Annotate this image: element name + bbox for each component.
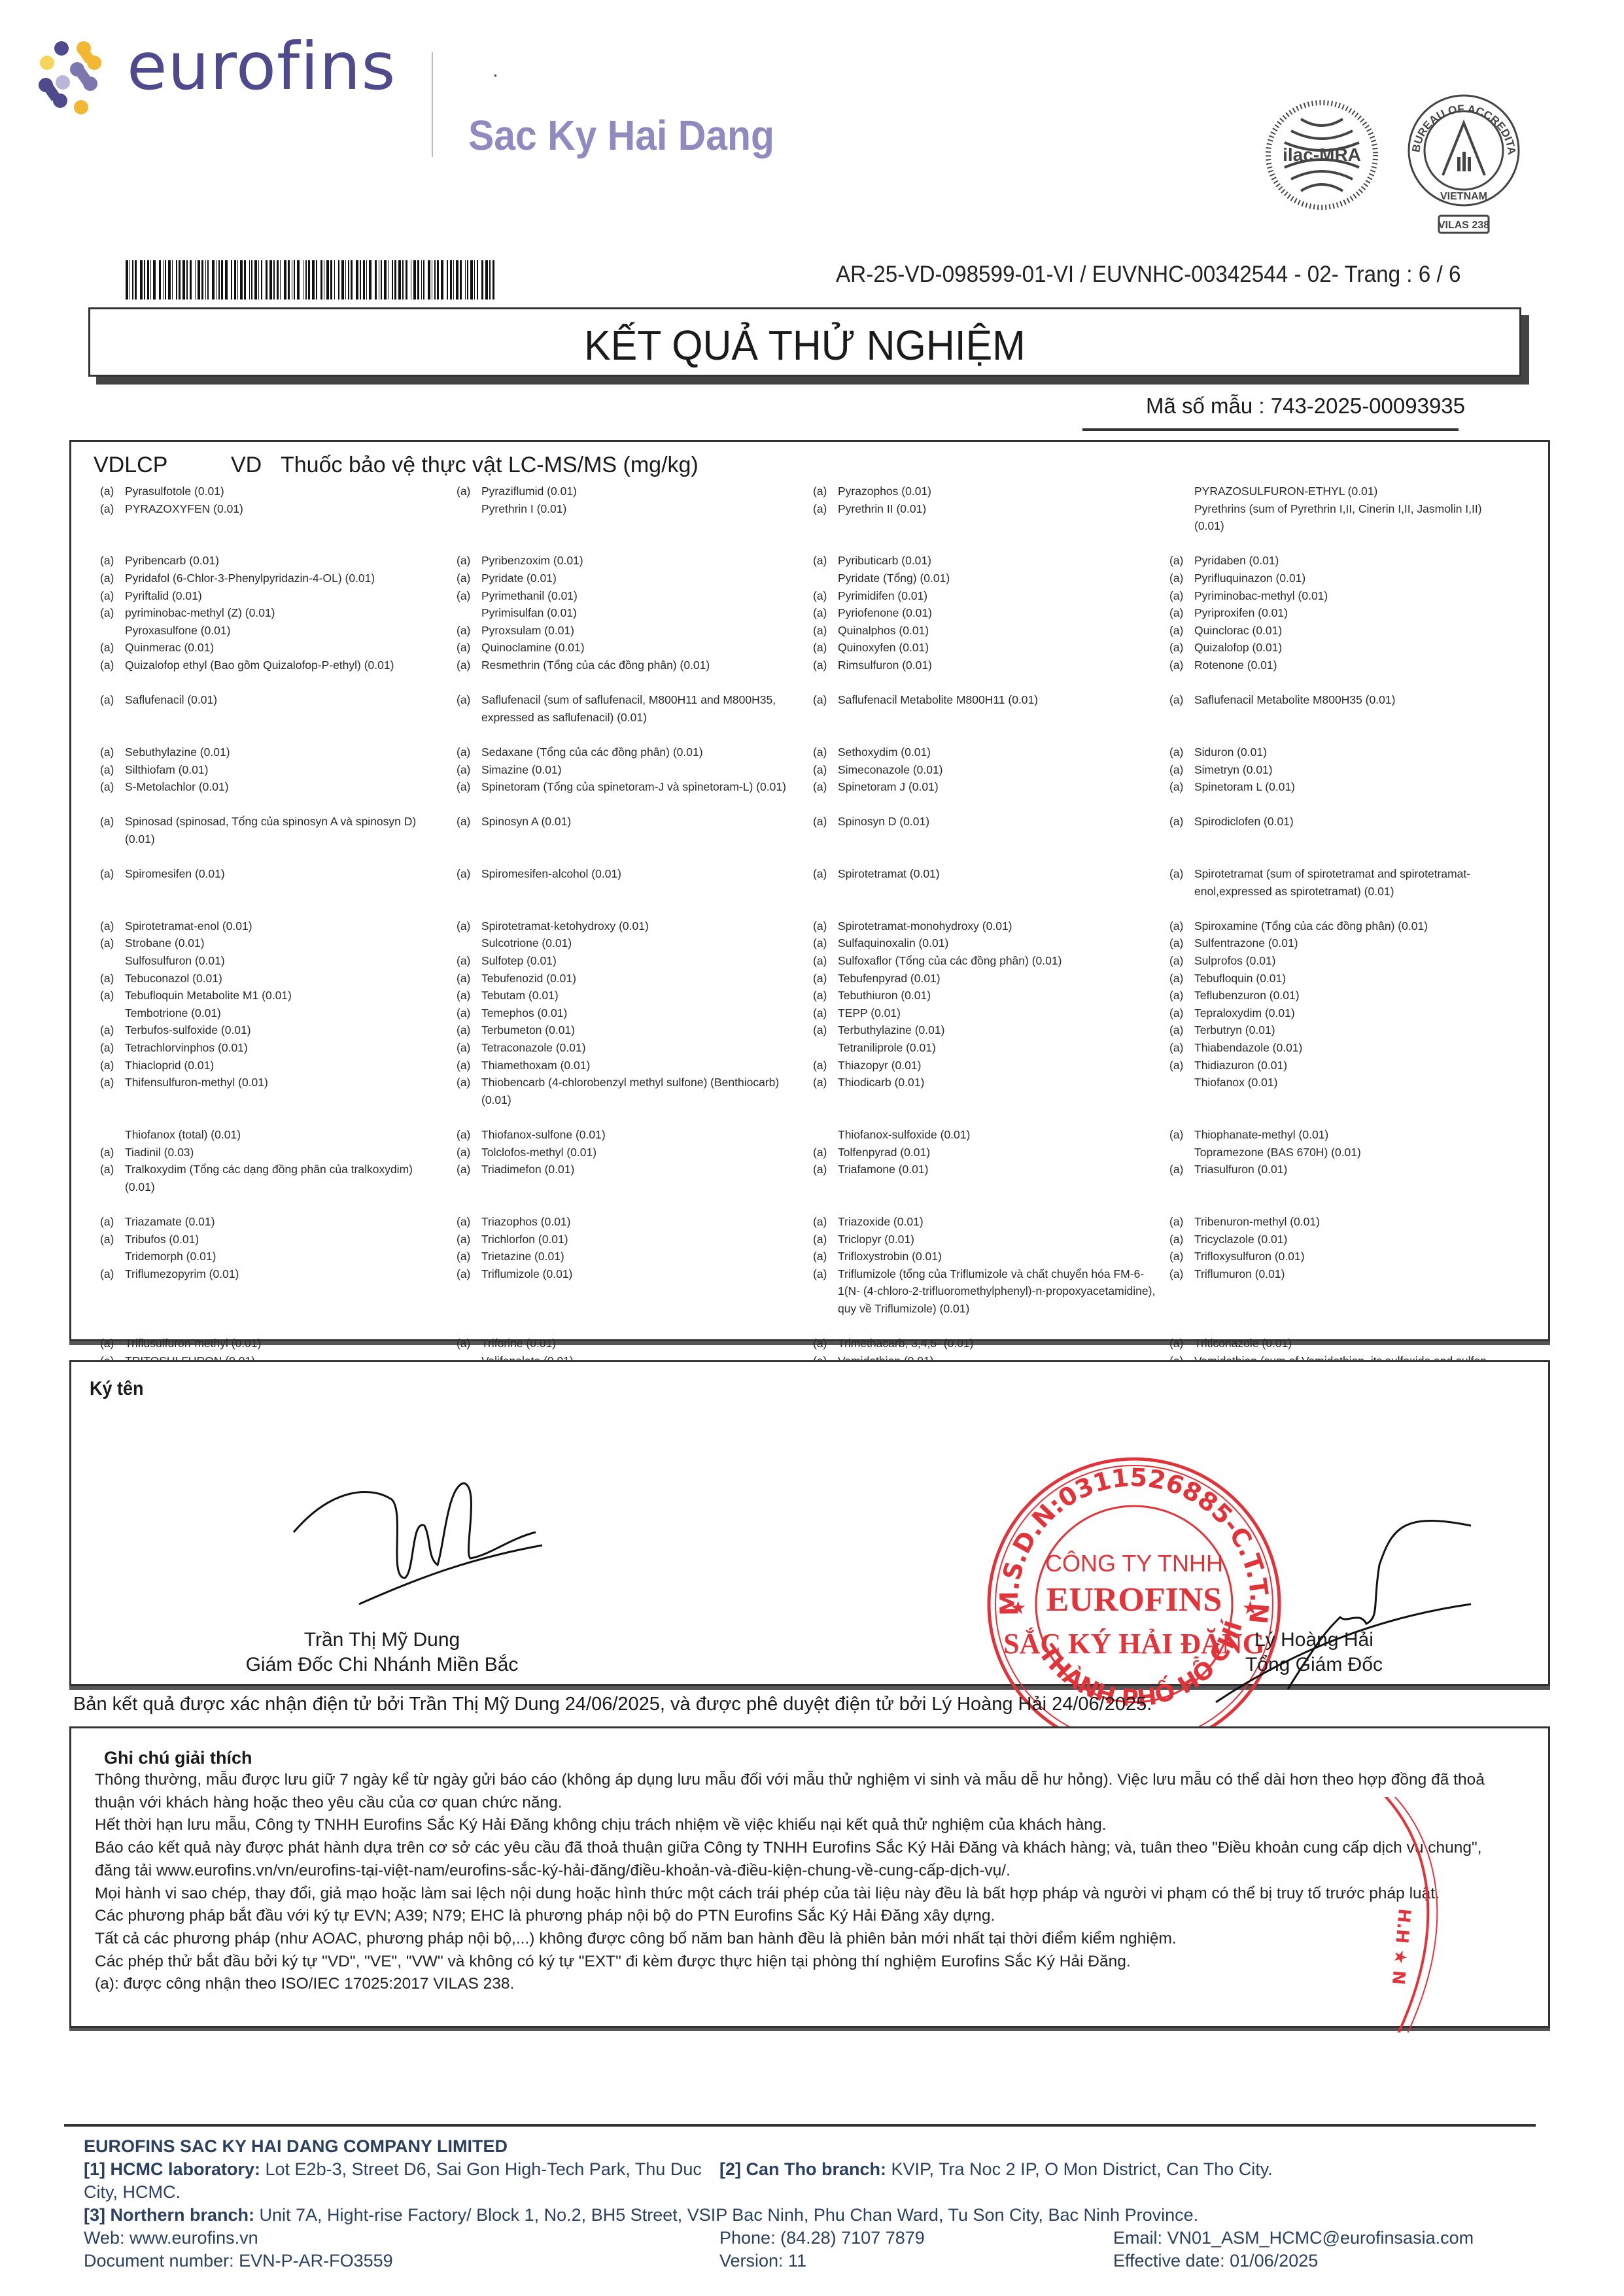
analyte-entry: (a)Spinosyn A (0.01) (457, 813, 800, 831)
accreditation-mark: (a) (100, 570, 125, 587)
accreditation-mark: (a) (1169, 1265, 1194, 1283)
analyte-name: Tribenuron-methyl (0.01) (1194, 1213, 1513, 1231)
accreditation-mark: (a) (100, 1335, 125, 1352)
analyte-entry: (a)Resmethrin (Tổng của các đồng phân) (… (457, 657, 800, 674)
analyte-entry: (a)Spirotetramat-monohydroxy (0.01) (813, 917, 1156, 935)
analyte-name: Saflufenacil Metabolite M800H11 (0.01) (838, 691, 1156, 709)
analyte-name: TEPP (0.01) (838, 1004, 1156, 1022)
analyte-name: Tribufos (0.01) (125, 1231, 443, 1248)
analyte-name: Spinosyn A (0.01) (481, 813, 800, 831)
analyte-name: Strobane (0.01) (125, 934, 443, 952)
analyte-entry: (a)Pyrimethanil (0.01) (457, 587, 800, 605)
result-column-2: (a)Pyraziflumid (0.01)Pyrethrin I (0.01) (457, 483, 813, 535)
analyte-entry: Tembotrione (0.01) (100, 1004, 443, 1022)
analyte-entry: (a)Siduron (0.01) (1169, 744, 1513, 761)
analyte-entry: (a)Pyriminobac-methyl (0.01) (1169, 587, 1513, 605)
analyte-entry: (a)Triadimefon (0.01) (457, 1161, 800, 1178)
analyte-name: Quinalphos (0.01) (838, 622, 1156, 640)
analyte-entry: (a)Tricyclazole (0.01) (1169, 1231, 1513, 1248)
analyte-entry: (a)Spiroxamine (Tổng của các đồng phân) … (1169, 917, 1513, 935)
analyte-entry: (a)TEPP (0.01) (813, 1004, 1156, 1022)
analyte-entry: (a)Quinclorac (0.01) (1169, 622, 1513, 640)
accreditation-mark: (a) (813, 1161, 838, 1178)
accreditation-mark: (a) (813, 1144, 838, 1161)
accreditation-mark: (a) (100, 691, 125, 709)
note-internal-methods: Các phương pháp bắt đầu với ký tự EVN; A… (95, 1905, 1509, 1928)
analyte-entry: (a)Sulfaquinoxalin (0.01) (813, 934, 1156, 952)
analyte-name: Pyribencarb (0.01) (125, 552, 443, 570)
accreditation-mark: (a) (100, 639, 125, 657)
analyte-name: Spinetoram L (0.01) (1194, 778, 1513, 796)
accreditation-mark: (a) (813, 1248, 838, 1265)
accreditation-mark: (a) (813, 744, 838, 761)
accreditation-mark (100, 952, 125, 970)
accreditation-mark: (a) (813, 1231, 838, 1248)
analyte-entry: (a)Trietazine (0.01) (457, 1248, 800, 1265)
result-row-group: (a)Spirotetramat-enol (0.01)(a)Strobane … (100, 917, 1526, 1109)
results-table: VDLCPVDThuốc bảo vệ thực vật LC-MS/MS (m… (69, 440, 1550, 1341)
accreditation-mark: (a) (1169, 1231, 1194, 1248)
result-column-3: (a)Pyributicarb (0.01)Pyridate (Tổng) (0… (813, 552, 1169, 674)
accreditation-mark: (a) (457, 761, 481, 779)
analyte-name: Trietazine (0.01) (481, 1248, 800, 1265)
accreditation-mark: (a) (813, 552, 838, 570)
accreditation-mark: (a) (457, 1335, 481, 1352)
analyte-entry: (a)Pyrethrin II (0.01) (813, 500, 1156, 518)
analyte-name: Triclopyr (0.01) (838, 1231, 1156, 1248)
accreditation-mark: (a) (1169, 1004, 1194, 1022)
accreditation-mark: (a) (1169, 691, 1194, 709)
analyte-entry: (a)pyriminobac-methyl (Z) (0.01) (100, 604, 443, 622)
analyte-name: Thiofanox-sulfone (0.01) (481, 1126, 800, 1144)
analyte-name: Quinclorac (0.01) (1194, 622, 1513, 640)
analyte-entry: Pyrimisulfan (0.01) (457, 604, 800, 622)
analyte-name: Tebufloquin Metabolite M1 (0.01) (125, 987, 443, 1004)
note-accreditation: (a): được công nhận theo ISO/IEC 17025:2… (95, 1973, 1509, 1996)
analyte-entry: Sulfosulfuron (0.01) (100, 952, 443, 970)
analyte-name: Terbumeton (0.01) (481, 1021, 800, 1039)
result-column-1: (a)Pyrasulfotole (0.01)(a)PYRAZOXYFEN (0… (100, 483, 457, 535)
analyte-entry: (a)Sebuthylazine (0.01) (100, 744, 443, 761)
analyte-entry: (a)Pyrazophos (0.01) (813, 483, 1156, 500)
north-address: Unit 7A, Hight-rise Factory/ Block 1, No… (254, 2205, 1198, 2225)
accreditation-mark: (a) (1169, 639, 1194, 657)
note-lab-codes: Các phép thử bắt đầu bởi ký tự "VD", "VE… (95, 1951, 1509, 1974)
email-link[interactable]: Email: VN01_ASM_HCMC@eurofinsasia.com (1113, 2227, 1474, 2250)
accreditation-mark: (a) (1169, 657, 1194, 674)
accreditation-mark (813, 1039, 838, 1057)
analyte-name: Pyriproxifen (0.01) (1194, 604, 1513, 622)
analyte-name: Tebutam (0.01) (481, 987, 800, 1004)
analyte-name: Triazoxide (0.01) (838, 1213, 1156, 1231)
analyte-entry: (a)Terbutryn (0.01) (1169, 1021, 1513, 1039)
analyte-name: Spinosyn D (0.01) (838, 813, 1156, 831)
analyte-name: Saflufenacil (sum of saflufenacil, M800H… (481, 691, 800, 726)
analyte-name: Triasulfuron (0.01) (1194, 1161, 1513, 1178)
analyte-name: Terbuthylazine (0.01) (838, 1021, 1156, 1039)
analyte-entry: (a)Pyroxsulam (0.01) (457, 622, 800, 640)
accreditation-mark: (a) (100, 1144, 125, 1161)
analyte-name: Spinetoram (Tổng của spinetoram-J và spi… (481, 778, 800, 796)
accreditation-mark: (a) (100, 483, 125, 500)
analyte-name: Tridemorph (0.01) (125, 1248, 443, 1265)
analyte-entry: (a)Sulfentrazone (0.01) (1169, 934, 1513, 952)
accreditation-mark: (a) (813, 987, 838, 1004)
analyte-entry: (a)Tebuthiuron (0.01) (813, 987, 1156, 1004)
analyte-name: Pyrethrins (sum of Pyrethrin I,II, Ciner… (1194, 500, 1513, 535)
accreditation-mark: (a) (100, 865, 125, 883)
accreditation-mark: (a) (457, 552, 481, 570)
analyte-name: Trifloxysulfuron (0.01) (1194, 1248, 1513, 1265)
result-column-2: (a)Spiromesifen-alcohol (0.01) (457, 865, 813, 900)
test-header: VDLCPVDThuốc bảo vệ thực vật LC-MS/MS (m… (94, 453, 699, 478)
accreditation-mark: (a) (1169, 970, 1194, 987)
accreditation-mark: (a) (100, 1231, 125, 1248)
accreditation-mark (813, 1126, 838, 1144)
analyte-name: Sethoxydim (0.01) (838, 744, 1156, 761)
analyte-name: Pyrethrin II (0.01) (838, 500, 1156, 518)
accreditation-mark (1169, 1074, 1194, 1091)
analyte-name: Sulfotep (0.01) (481, 952, 800, 970)
analyte-entry: (a)Spirotetramat-ketohydroxy (0.01) (457, 917, 800, 935)
analyte-entry: (a)Sulfoxaflor (Tổng của các đồng phân) … (813, 952, 1156, 970)
analyte-entry: (a)Quinoxyfen (0.01) (813, 639, 1156, 657)
analyte-name: Pyroxsulam (0.01) (481, 622, 800, 640)
subbrand-name: Sac Ky Hai Dang (468, 111, 774, 160)
signature-1-icon (274, 1447, 653, 1617)
analyte-name: Tralkoxydim (Tổng các dạng đồng phân của… (125, 1161, 443, 1195)
svg-text:ilac-MRA: ilac-MRA (1283, 145, 1361, 165)
accreditation-mark: (a) (813, 1213, 838, 1231)
analyte-entry: (a)Teflubenzuron (0.01) (1169, 987, 1513, 1004)
note-terms: Báo cáo kết quả này được phát hành dựa t… (95, 1837, 1509, 1882)
analyte-name: Spinetoram J (0.01) (838, 778, 1156, 796)
analyte-entry: (a)Simeconazole (0.01) (813, 761, 1156, 779)
analyte-entry: (a)Spiromesifen (0.01) (100, 865, 443, 883)
analyte-entry: (a)Tetraconazole (0.01) (457, 1039, 800, 1057)
analyte-name: Pyrifluquinazon (0.01) (1194, 570, 1513, 587)
accreditation-mark: (a) (813, 604, 838, 622)
analyte-entry: (a)Tolclofos-methyl (0.01) (457, 1144, 800, 1161)
analyte-name: Thiacloprid (0.01) (125, 1057, 443, 1074)
result-column-1: (a)Spiromesifen (0.01) (100, 865, 457, 900)
analyte-entry: (a)Thiamethoxam (0.01) (457, 1057, 800, 1074)
analyte-name: Simetryn (0.01) (1194, 761, 1513, 779)
accreditation-mark (100, 1004, 125, 1022)
accreditation-mark: (a) (813, 483, 838, 500)
analyte-name: Sulfosulfuron (0.01) (125, 952, 443, 970)
accreditation-mark: (a) (1169, 587, 1194, 605)
accreditation-mark: (a) (813, 622, 838, 640)
result-column-2: (a)Spinosyn A (0.01) (457, 813, 813, 848)
accreditation-mark: (a) (100, 917, 125, 935)
analyte-name: Tricyclazole (0.01) (1194, 1231, 1513, 1248)
result-column-4: (a)Thiophanate-methyl (0.01)Topramezone … (1169, 1126, 1526, 1195)
analyte-name: Silthiofam (0.01) (125, 761, 443, 779)
analyte-name: Pyrimisulfan (0.01) (481, 604, 800, 622)
analyte-name: Saflufenacil (0.01) (125, 691, 443, 709)
accreditation-mark (457, 934, 481, 952)
accreditation-mark: (a) (813, 1021, 838, 1039)
signature-box: Ký tên Trần Thị Mỹ Dung Giám Đốc Chi Nhá… (69, 1360, 1550, 1686)
accreditation-mark: (a) (457, 691, 481, 726)
effective-date: Effective date: 01/06/2025 (1113, 2250, 1318, 2272)
result-column-3: (a)Sethoxydim (0.01)(a)Simeconazole (0.0… (813, 744, 1169, 796)
result-row-group: Thiofanox (total) (0.01)(a)Tiadinil (0.0… (100, 1126, 1526, 1195)
accreditation-mark: (a) (457, 987, 481, 1004)
analyte-name: pyriminobac-methyl (Z) (0.01) (125, 604, 443, 622)
result-row-group: (a)Pyrasulfotole (0.01)(a)PYRAZOXYFEN (0… (100, 483, 1526, 535)
accreditation-mark: (a) (457, 639, 481, 657)
analyte-entry: (a)Triticonazole (0.01) (1169, 1335, 1513, 1352)
accreditation-mark: (a) (100, 778, 125, 796)
document-reference: AR-25-VD-098599-01-VI / EUVNHC-00342544 … (836, 262, 1460, 288)
result-column-2: (a)Thiofanox-sulfone (0.01)(a)Tolclofos-… (457, 1126, 813, 1195)
notes-title: Ghi chú giải thích (104, 1748, 252, 1768)
analyte-name: Tebufloquin (0.01) (1194, 970, 1513, 987)
analyte-entry: PYRAZOSULFURON-ETHYL (0.01) (1169, 483, 1513, 500)
accreditation-mark: (a) (813, 587, 838, 605)
accreditation-mark: (a) (813, 657, 838, 674)
result-column-2: (a)Saflufenacil (sum of saflufenacil, M8… (457, 691, 813, 726)
analyte-entry: (a)Terbuthylazine (0.01) (813, 1021, 1156, 1039)
analyte-entry: (a)Saflufenacil (sum of saflufenacil, M8… (457, 691, 800, 726)
accreditation-mark: (a) (1169, 1213, 1194, 1231)
note-liability: Hết thời hạn lưu mẫu, Công ty TNHH Eurof… (95, 1814, 1509, 1837)
accreditation-mark: (a) (100, 761, 125, 779)
analyte-name: Tolfenpyrad (0.01) (838, 1144, 1156, 1161)
analyte-entry: (a)Trifloxystrobin (0.01) (813, 1248, 1156, 1265)
analyte-entry: (a)Simazine (0.01) (457, 761, 800, 779)
analyte-name: Terbutryn (0.01) (1194, 1021, 1513, 1039)
north-label: [3] Northern branch: (84, 2205, 254, 2225)
analyte-name: Tembotrione (0.01) (125, 1004, 443, 1022)
result-row-group: (a)Pyribencarb (0.01)(a)Pyridafol (6-Chl… (100, 552, 1526, 674)
analyte-entry: (a)Spinetoram J (0.01) (813, 778, 1156, 796)
result-column-2: (a)Spirotetramat-ketohydroxy (0.01)Sulco… (457, 917, 813, 1109)
analyte-name: Trimethacarb, 3,4,5- (0.01) (838, 1335, 1156, 1352)
analyte-entry: (a)PYRAZOXYFEN (0.01) (100, 500, 443, 518)
analyte-name: Spirotetramat-ketohydroxy (0.01) (481, 917, 800, 935)
barcode (126, 260, 498, 300)
analyte-name: Pyridafol (6-Chlor-3-Phenylpyridazin-4-O… (125, 570, 443, 587)
analyte-name: PYRAZOXYFEN (0.01) (125, 500, 443, 518)
analyte-name: Triazophos (0.01) (481, 1213, 800, 1231)
analyte-entry: (a)Thidiazuron (0.01) (1169, 1057, 1513, 1074)
accreditation-mark: (a) (1169, 917, 1194, 935)
accreditation-mark: (a) (1169, 778, 1194, 796)
analyte-name: Pyrimidifen (0.01) (838, 587, 1156, 605)
analyte-entry: (a)Tebufloquin (0.01) (1169, 970, 1513, 987)
analyte-name: Terbufos-sulfoxide (0.01) (125, 1021, 443, 1039)
row-gap (100, 796, 1526, 814)
analyte-name: Simeconazole (0.01) (838, 761, 1156, 779)
result-column-4: (a)Spirodiclofen (0.01) (1169, 813, 1526, 848)
accreditation-mark: (a) (813, 1057, 838, 1074)
test-code: VDLCP (94, 453, 231, 478)
accreditation-mark: (a) (813, 500, 838, 518)
row-gap (100, 848, 1526, 865)
result-column-3: (a)Triazoxide (0.01)(a)Triclopyr (0.01)(… (813, 1213, 1169, 1318)
accreditation-mark: (a) (457, 1161, 481, 1178)
accreditation-mark: (a) (457, 970, 481, 987)
analyte-name: Pyrasulfotole (0.01) (125, 483, 443, 500)
analyte-name: Tolclofos-methyl (0.01) (481, 1144, 800, 1161)
notes-box: Ghi chú giải thích Thông thường, mẫu đượ… (69, 1726, 1550, 2028)
analyte-entry: (a)Spirotetramat (sum of spirotetramat a… (1169, 865, 1513, 900)
analyte-entry: Pyrethrin I (0.01) (457, 500, 800, 518)
website-link[interactable]: Web: www.eurofins.vn (84, 2227, 719, 2250)
analyte-name: Quizalofop (0.01) (1194, 639, 1513, 657)
analyte-entry: (a)Tiadinil (0.03) (100, 1144, 443, 1161)
svg-text:VILAS 238: VILAS 238 (1438, 220, 1489, 231)
analyte-name: Triforine (0.01) (481, 1335, 800, 1352)
accreditation-mark: (a) (457, 813, 481, 831)
analyte-name: Spirotetramat (sum of spirotetramat and … (1194, 865, 1513, 900)
analyte-entry: (a)Pyrifluquinazon (0.01) (1169, 570, 1513, 587)
analyte-name: Rotenone (0.01) (1194, 657, 1513, 674)
title-box: KẾT QUẢ THỬ NGHIỆM (88, 307, 1521, 377)
analyte-entry: (a)Thiacloprid (0.01) (100, 1057, 443, 1074)
analyte-entry: (a)Triazoxide (0.01) (813, 1213, 1156, 1231)
analyte-name: Pyribenzoxim (0.01) (481, 552, 800, 570)
analyte-name: Sebuthylazine (0.01) (125, 744, 443, 761)
analyte-name: Tetraniliprole (0.01) (838, 1039, 1156, 1057)
analyte-entry: (a)Pyrasulfotole (0.01) (100, 483, 443, 500)
analyte-name: Triazamate (0.01) (125, 1213, 443, 1231)
analyte-entry: (a)Triasulfuron (0.01) (1169, 1161, 1513, 1178)
accreditation-mark: (a) (457, 778, 481, 796)
analyte-entry: (a)Pyributicarb (0.01) (813, 552, 1156, 570)
analyte-entry: (a)Silthiofam (0.01) (100, 761, 443, 779)
analyte-name: Thiophanate-methyl (0.01) (1194, 1126, 1513, 1144)
analyte-name: Topramezone (BAS 670H) (0.01) (1194, 1144, 1513, 1161)
accreditation-mark (457, 500, 481, 518)
accreditation-mark: (a) (457, 952, 481, 970)
analyte-name: Triticonazole (0.01) (1194, 1335, 1513, 1352)
result-column-4: (a)Saflufenacil Metabolite M800H35 (0.01… (1169, 691, 1526, 726)
analyte-entry: (a)Tribenuron-methyl (0.01) (1169, 1213, 1513, 1231)
result-column-2: (a)Sedaxane (Tổng của các đồng phân) (0.… (457, 744, 813, 796)
analyte-entry: Tridemorph (0.01) (100, 1248, 443, 1265)
analyte-entry: (a)Quinmerac (0.01) (100, 639, 443, 657)
analyte-name: Triflusulfuron-methyl (0.01) (125, 1335, 443, 1352)
accreditation-mark: (a) (457, 1004, 481, 1022)
accreditation-mark: (a) (1169, 622, 1194, 640)
analyte-entry: Topramezone (BAS 670H) (0.01) (1169, 1144, 1513, 1161)
analyte-entry: (a)Strobane (0.01) (100, 934, 443, 952)
analyte-entry: (a)Spinosad (spinosad, Tổng của spinosyn… (100, 813, 443, 848)
result-column-3: (a)Spirotetramat (0.01) (813, 865, 1169, 900)
analyte-entry: (a)Tralkoxydim (Tổng các dạng đồng phân … (100, 1161, 443, 1195)
analyte-entry: Pyroxasulfone (0.01) (100, 622, 443, 640)
note-method-versions: Tất cả các phương pháp (như AOAC, phương… (95, 1928, 1509, 1951)
analyte-name: Teflubenzuron (0.01) (1194, 987, 1513, 1004)
analyte-name: Sulcotrione (0.01) (481, 934, 800, 952)
ilac-mra-badge-icon: ilac-MRA (1265, 99, 1379, 211)
accreditation-mark: (a) (457, 587, 481, 605)
accreditation-mark: (a) (1169, 604, 1194, 622)
row-gap (100, 1195, 1526, 1213)
accreditation-mark: (a) (457, 1265, 481, 1283)
analyte-name: Trichlorfon (0.01) (481, 1231, 800, 1248)
accreditation-mark: (a) (1169, 1161, 1194, 1178)
accreditation-mark: (a) (457, 1213, 481, 1231)
accreditation-mark: (a) (457, 1231, 481, 1248)
accreditation-mark: (a) (813, 917, 838, 935)
analyte-entry: (a)Pyriofenone (0.01) (813, 604, 1156, 622)
result-column-1: (a)Spinosad (spinosad, Tổng của spinosyn… (100, 813, 457, 848)
analyte-name: Rimsulfuron (0.01) (838, 657, 1156, 674)
analyte-entry: (a)Sedaxane (Tổng của các đồng phân) (0.… (457, 744, 800, 761)
analyte-entry: (a)Pyribenzoxim (0.01) (457, 552, 800, 570)
analyte-entry: (a)Triflumezopyrim (0.01) (100, 1265, 443, 1283)
analyte-name: Thiofanox (total) (0.01) (125, 1126, 443, 1144)
accreditation-mark: (a) (457, 1057, 481, 1074)
result-column-1: (a)Triazamate (0.01)(a)Tribufos (0.01)Tr… (100, 1213, 457, 1318)
analyte-name: Pyridate (Tổng) (0.01) (838, 570, 1156, 587)
accreditation-mark: (a) (1169, 987, 1194, 1004)
analyte-entry: (a)Spinosyn D (0.01) (813, 813, 1156, 831)
signer-1-title: Giám Đốc Chi Nhánh Miền Bắc (71, 1654, 693, 1676)
accreditation-mark: (a) (813, 813, 838, 831)
analyte-entry: Thiofanox (0.01) (1169, 1074, 1513, 1091)
result-row-group: (a)Saflufenacil (0.01)(a)Saflufenacil (s… (100, 691, 1526, 726)
analyte-entry: (a)Triflumizole (0.01) (457, 1265, 800, 1283)
speck (494, 75, 496, 77)
accreditation-mark: (a) (813, 778, 838, 796)
accreditation-mark: (a) (1169, 1126, 1194, 1144)
analyte-name: Quinoclamine (0.01) (481, 639, 800, 657)
eurofins-logo-icon (37, 38, 109, 115)
footer-divider (64, 2124, 1536, 2127)
analyte-name: Triflumezopyrim (0.01) (125, 1265, 443, 1283)
analyte-name: Sulfoxaflor (Tổng của các đồng phân) (0.… (838, 952, 1156, 970)
analyte-name: Spiromesifen-alcohol (0.01) (481, 865, 800, 883)
analyte-name: Temephos (0.01) (481, 1004, 800, 1022)
analyte-name: Pyrimethanil (0.01) (481, 587, 800, 605)
row-gap (100, 900, 1526, 917)
notes-body: Thông thường, mẫu được lưu giữ 7 ngày kể… (95, 1769, 1509, 1996)
accreditation-mark: (a) (1169, 552, 1194, 570)
accreditation-mark: (a) (100, 552, 125, 570)
analyte-entry: (a)Pyrimidifen (0.01) (813, 587, 1156, 605)
analyte-name: Thiabendazole (0.01) (1194, 1039, 1513, 1057)
analyte-entry: (a)Tebufloquin Metabolite M1 (0.01) (100, 987, 443, 1004)
analyte-entry: (a)Sethoxydim (0.01) (813, 744, 1156, 761)
analyte-entry: (a)Thiabendazole (0.01) (1169, 1039, 1513, 1057)
analyte-entry: (a)Tebufenpyrad (0.01) (813, 970, 1156, 987)
accreditation-mark: (a) (1169, 865, 1194, 900)
accreditation-mark (100, 622, 125, 640)
analyte-entry: (a)Spirodiclofen (0.01) (1169, 813, 1513, 831)
vilas-accreditation-badge-icon: BUREAU OF ACCREDITATION VIETNAM VILAS 23… (1405, 92, 1523, 239)
accreditation-mark: (a) (457, 483, 481, 500)
analyte-entry: (a)Tepraloxydim (0.01) (1169, 1004, 1513, 1022)
signature-2-icon (1131, 1486, 1497, 1722)
accreditation-mark: (a) (100, 500, 125, 518)
analyte-entry: Thiofanox-sulfoxide (0.01) (813, 1126, 1156, 1144)
accreditation-mark: (a) (457, 1248, 481, 1265)
accreditation-mark: (a) (457, 1074, 481, 1108)
analyte-entry: (a)Spirotetramat-enol (0.01) (100, 917, 443, 935)
analyte-name: Pyrethrin I (0.01) (481, 500, 800, 518)
accreditation-mark: (a) (100, 744, 125, 761)
accreditation-mark: (a) (100, 934, 125, 952)
lab-code: VD (231, 453, 281, 478)
analyte-name: Spiromesifen (0.01) (125, 865, 443, 883)
analyte-name: Quinoxyfen (0.01) (838, 639, 1156, 657)
